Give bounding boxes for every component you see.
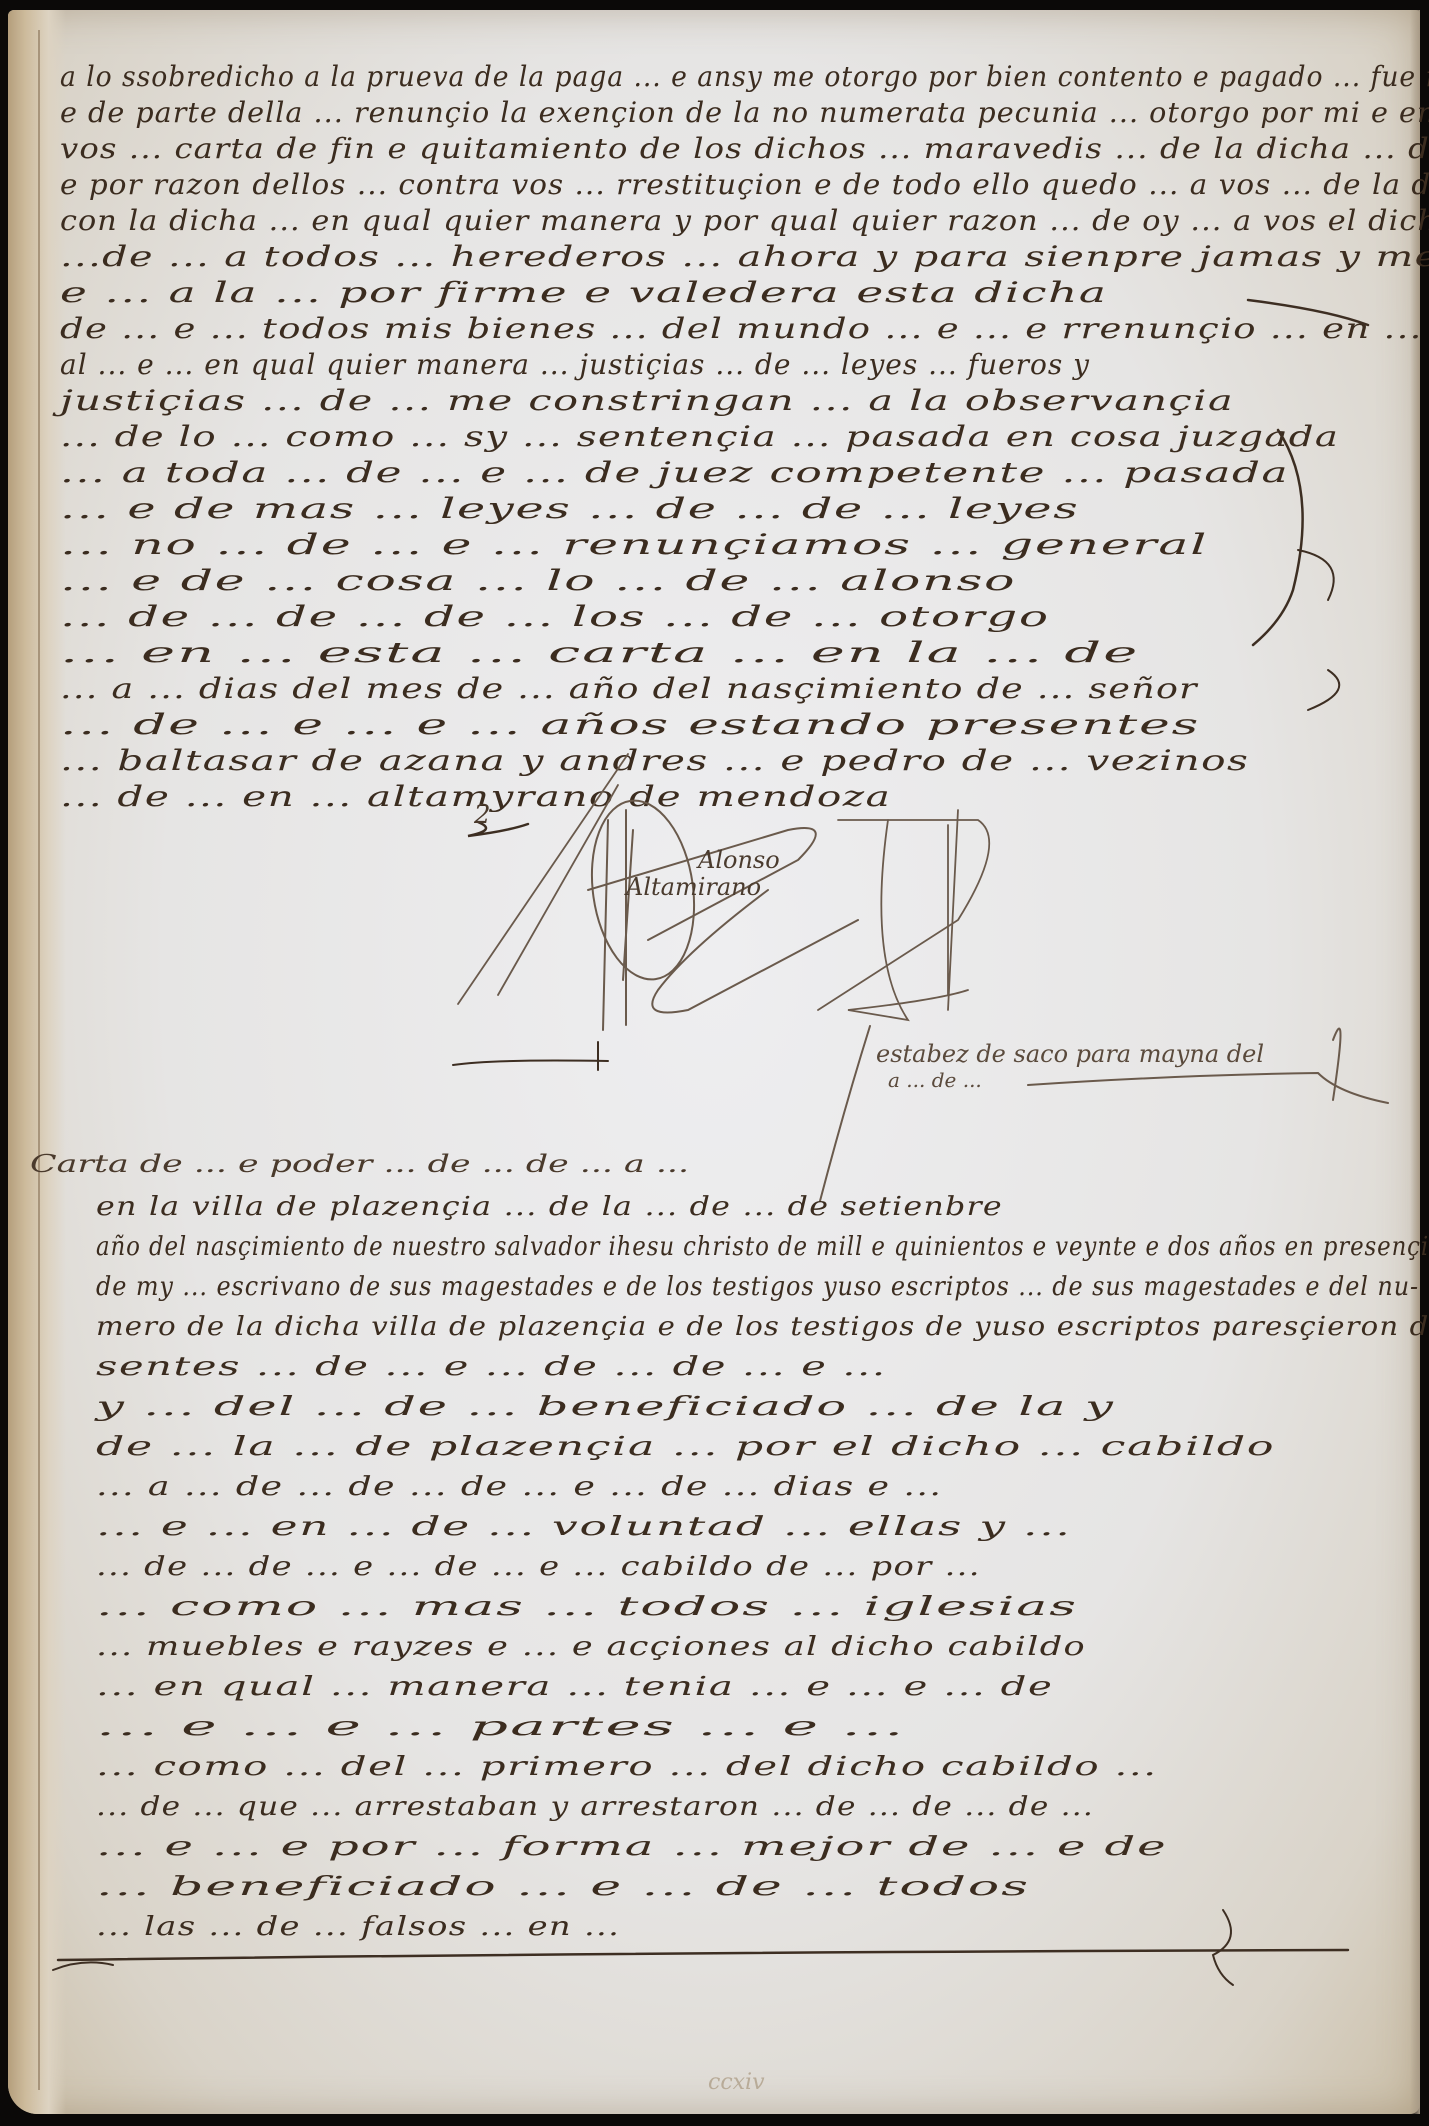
lower-line: ... de ... que ... arrestaban y arrestar…: [96, 1792, 1094, 1822]
lower-line: ... de ... de ... e ... de ... e ... cab…: [96, 1552, 981, 1582]
lower-line: ... e ... e por ... forma ... mejor de .…: [96, 1832, 1167, 1862]
lower-line: ... las ... de ... falsos ... en ...: [96, 1912, 620, 1942]
margin-note-line-1: estabez de saco para mayna del: [876, 1040, 1264, 1068]
lower-line: ... a ... de ... de ... de ... e ... de …: [96, 1472, 942, 1502]
lower-line: ... en qual ... manera ... tenia ... e .…: [96, 1672, 1053, 1702]
lower-line: ... muebles e rayzes e ... e acçiones al…: [96, 1632, 1086, 1662]
lower-line: ... e ... en ... de ... voluntad ... ell…: [96, 1512, 1072, 1542]
signature-text-2: Altamirano: [624, 873, 761, 901]
lower-line: de ... la ... de plazençia ... por el di…: [96, 1432, 1275, 1462]
lower-line: ... como ... mas ... todos ... iglesias: [96, 1592, 1078, 1622]
margin-note-line-2: a ... de ...: [888, 1068, 982, 1092]
lower-line: de my ... escrivano de sus magestades e …: [96, 1272, 1419, 1302]
lower-line: en la villa de plazençia ... de la ... d…: [96, 1192, 1003, 1222]
lower-deed-heading: Carta de ... e poder ... de ... de ... a…: [30, 1150, 689, 1178]
lower-line: ... como ... del ... primero ... del dic…: [96, 1752, 1158, 1782]
signature-rubric: Alonso Altamirano: [458, 754, 989, 1030]
lower-line: ... e ... e ... partes ... e ...: [96, 1712, 906, 1742]
lower-line: sentes ... de ... e ... de ... de ... e …: [96, 1352, 887, 1382]
signature-text-1: Alonso: [696, 846, 780, 874]
manuscript-page: a lo ssobredicho a la prueva de la paga …: [8, 10, 1420, 2114]
lower-line: mero de la dicha villa de plazençia e de…: [96, 1312, 1429, 1342]
signature-mark-2: 2: [474, 800, 491, 830]
folio-mark: ccxiv: [708, 2070, 765, 2095]
lower-line: ... beneficiado ... e ... de ... todos: [96, 1872, 1030, 1902]
lower-line: y ... del ... de ... beneficiado ... de …: [96, 1392, 1115, 1422]
lower-line: año del nasçimiento de nuestro salvador …: [96, 1232, 1429, 1262]
